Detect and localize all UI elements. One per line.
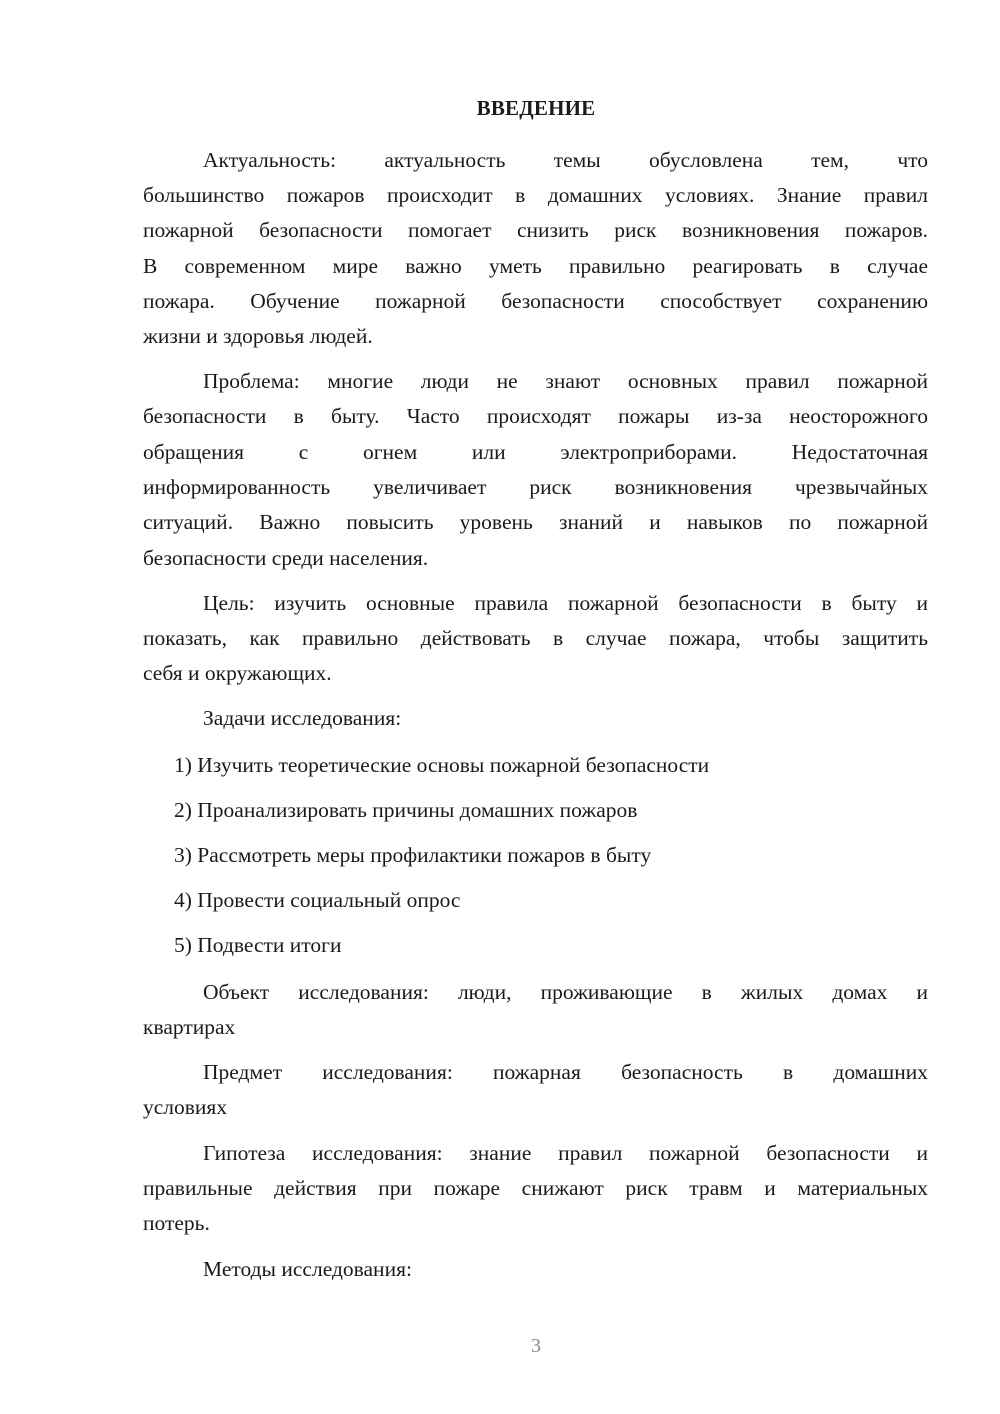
list-item: 1) Изучить теоретические основы пожарной… [174,751,934,779]
text-line: Проблема: многие люди не знают основных … [203,367,928,395]
text-line: обращения с огнем или электроприборами. … [143,438,928,466]
text-line: Цель: изучить основные правила пожарной … [203,589,928,617]
list-item: 5) Подвести итоги [174,931,934,959]
list-item: 3) Рассмотреть меры профилактики пожаров… [174,841,934,869]
page-number: 3 [0,1335,1000,1358]
text-line: Актуальность: актуальность темы обусловл… [203,146,928,174]
document-page: ВВЕДЕНИЕ Актуальность: актуальность темы… [0,0,1000,1414]
text-line: пожарной безопасности помогает снизить р… [143,216,928,244]
text-line: квартирах [143,1013,928,1041]
text-line: ситуаций. Важно повысить уровень знаний … [143,508,928,536]
text-line: безопасности среди населения. [143,544,928,572]
methods-heading: Методы исследования: [203,1255,928,1283]
list-item: 4) Провести социальный опрос [174,886,934,914]
text-line: Гипотеза исследования: знание правил пож… [203,1139,928,1167]
text-line: потерь. [143,1209,928,1237]
text-line: жизни и здоровья людей. [143,322,928,350]
text-line: безопасности в быту. Часто происходят по… [143,402,928,430]
text-line: правильные действия при пожаре снижают р… [143,1174,928,1202]
text-line: Предмет исследования: пожарная безопасно… [203,1058,928,1086]
page-title: ВВЕДЕНИЕ [0,96,1000,121]
text-line: себя и окружающих. [143,659,928,687]
text-line: Объект исследования: люди, проживающие в… [203,978,928,1006]
text-line: условиях [143,1093,928,1121]
tasks-heading: Задачи исследования: [203,704,928,732]
text-line: В современном мире важно уметь правильно… [143,252,928,280]
text-line: показать, как правильно действовать в сл… [143,624,928,652]
list-item: 2) Проанализировать причины домашних пож… [174,796,934,824]
text-line: большинство пожаров происходит в домашни… [143,181,928,209]
text-line: информированность увеличивает риск возни… [143,473,928,501]
text-line: пожара. Обучение пожарной безопасности с… [143,287,928,315]
